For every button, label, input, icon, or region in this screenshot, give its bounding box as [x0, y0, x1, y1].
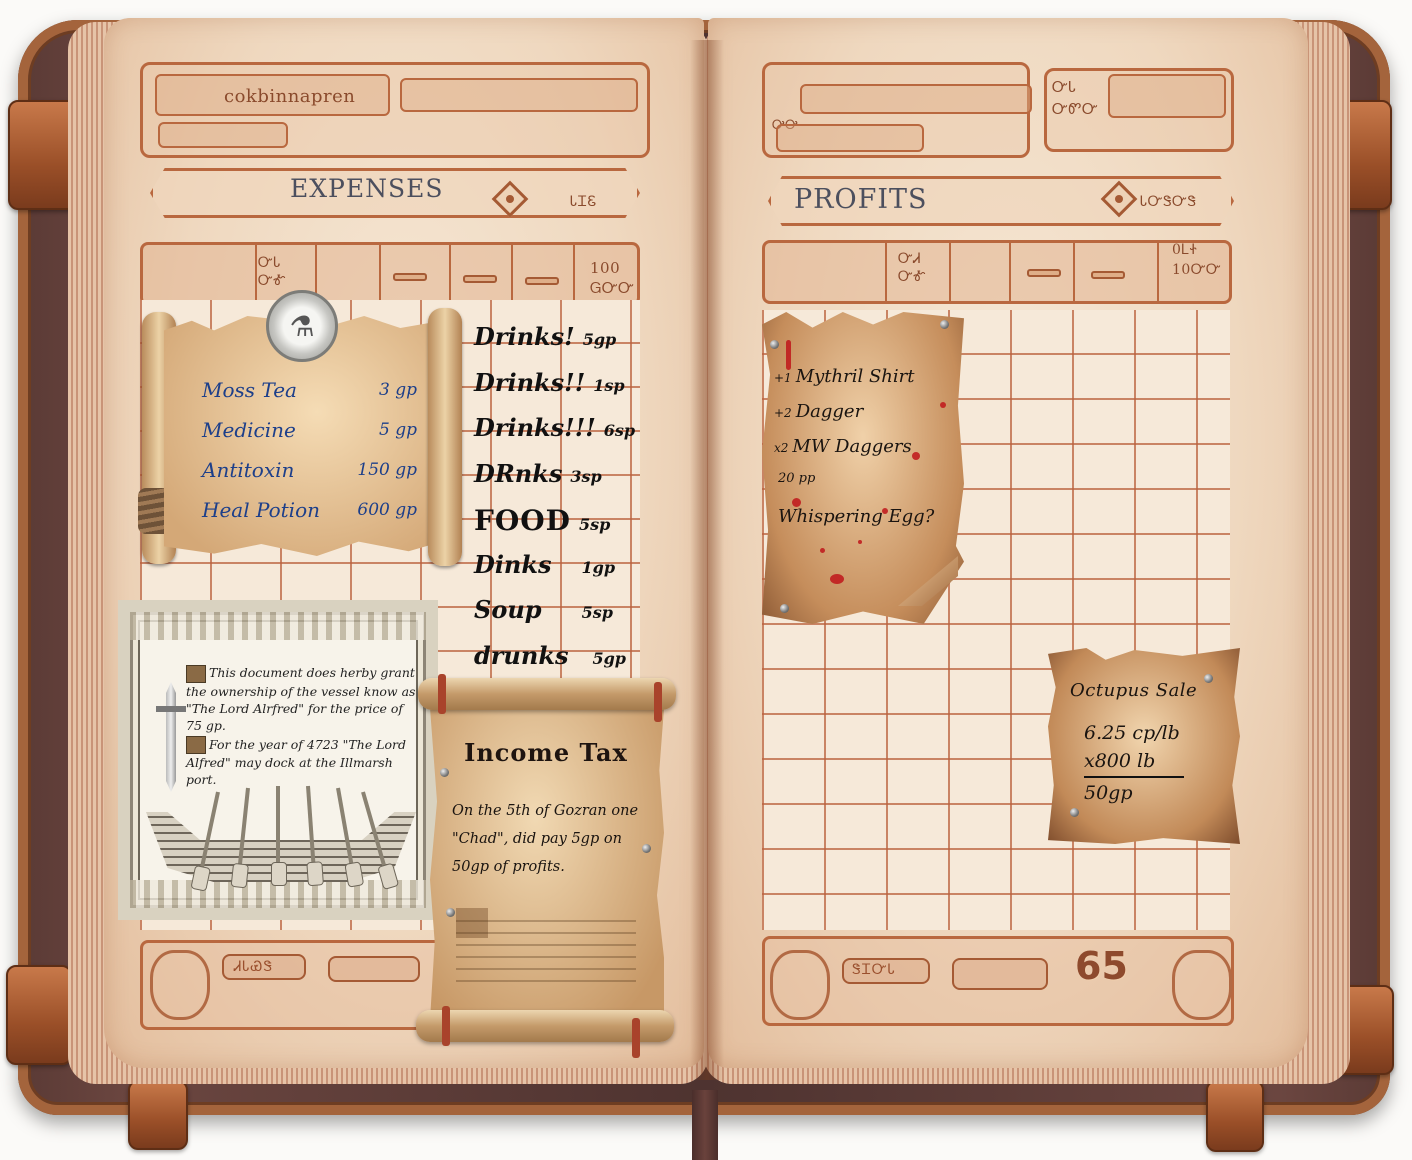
- receipt-item-name: Moss Tea: [202, 378, 297, 402]
- list-item: Whispering Egg?: [774, 506, 964, 541]
- deed-text: This document does herby grant the owner…: [186, 664, 422, 790]
- scroll-tie: [632, 1018, 640, 1058]
- loot-items: +1Mythril Shirt +2Dagger x2MW Daggers 20…: [774, 366, 964, 541]
- alchemy-seal-icon: ⚗: [266, 290, 338, 362]
- tab-item-name: FOOD: [474, 504, 571, 537]
- bookmark-ribbon: [692, 1090, 718, 1160]
- scroll-tie: [438, 674, 446, 714]
- pin-icon: [780, 604, 789, 613]
- octopus-sale-title: Octupus Sale: [1070, 680, 1197, 701]
- left-footer-rune-text: ᏗᏓᏯᏕ: [234, 959, 273, 975]
- loot-item: 20 pp: [778, 471, 815, 486]
- receipt-item-name: Heal Potion: [202, 498, 320, 522]
- deed-paragraph-1: This document does herby grant the owner…: [186, 665, 415, 733]
- left-header-field-2[interactable]: [158, 122, 288, 148]
- scroll-tie: [442, 1006, 450, 1046]
- column-slot-icon: [525, 277, 559, 285]
- column-slot-icon: [463, 275, 497, 283]
- list-item: DRnks3sp: [474, 459, 644, 505]
- profits-banner-badge: ᏓᏅᏕᏅᏕ: [1140, 194, 1197, 210]
- book-gutter: [690, 40, 724, 1080]
- loot-item: Dagger: [796, 401, 863, 422]
- deed-top-ornament: [130, 612, 426, 640]
- loot-item: Mythril Shirt: [796, 366, 915, 387]
- pin-icon: [770, 340, 779, 349]
- receipt-item-name: Antitoxin: [202, 458, 294, 482]
- loot-qty: +2: [774, 406, 792, 420]
- tab-item-name: drunks: [474, 641, 568, 670]
- illuminated-capital-icon: [186, 736, 206, 754]
- strap-bottom-right-tab: [1206, 1080, 1264, 1152]
- right-header-field-1[interactable]: [800, 84, 1032, 114]
- tab-item-cost: 5gp: [583, 330, 617, 349]
- deed-paragraph-2: For the year of 4723 "The Lord Alfred" m…: [186, 737, 406, 788]
- income-tax-title: Income Tax: [446, 738, 646, 767]
- list-item: Drinks!!!6sp: [474, 413, 644, 459]
- oar-icon: [306, 786, 316, 876]
- right-footer-rune-text: ᏕᏆᏅᏓ: [852, 962, 896, 978]
- tab-item-cost: 5gp: [592, 649, 626, 668]
- pin-icon: [940, 320, 949, 329]
- left-header-field-3[interactable]: [400, 78, 638, 112]
- list-item: +2Dagger: [774, 401, 964, 436]
- loot-qty: x2: [774, 441, 788, 455]
- left-column-header-label: ᏅᏓ ᏅᎹ: [258, 254, 288, 290]
- receipt-item-price: 150 gp: [357, 460, 417, 480]
- tab-item-name: DRnks: [474, 459, 562, 488]
- column-slot-icon: [393, 273, 427, 281]
- tab-item-cost: 1sp: [593, 376, 624, 395]
- scroll-tie: [654, 682, 662, 722]
- list-item: Drinks!5gp: [474, 322, 644, 368]
- scroll-roller-top: [418, 678, 676, 710]
- left-header-engraved-text: cokbinnapren: [224, 86, 355, 107]
- right-header-side-field[interactable]: [1108, 74, 1226, 118]
- sum-rule: [1084, 776, 1184, 778]
- loot-item: Whispering Egg?: [778, 506, 934, 527]
- expenses-title: EXPENSES: [290, 174, 444, 203]
- receipt-row: Moss Tea 3 gp: [202, 370, 417, 410]
- receipt-item-price: 600 gp: [357, 500, 417, 520]
- pin-icon: [446, 908, 455, 917]
- receipt-item-price: 5 gp: [379, 420, 417, 440]
- tab-item-cost: 6sp: [604, 421, 635, 440]
- list-item: +1Mythril Shirt: [774, 366, 964, 401]
- tab-item-cost: 1gp: [582, 558, 616, 577]
- loot-qty: +1: [774, 371, 792, 385]
- list-item: Soup5sp: [474, 595, 644, 641]
- right-column-header-label: ᏅᏗ ᏅᎹ: [898, 250, 928, 286]
- tab-item-name: Drinks!!: [474, 368, 585, 397]
- left-column-header-total: 100 ᏀᏅᏅ: [590, 258, 630, 298]
- tab-item-name: Drinks!: [474, 322, 575, 351]
- strap-bottom-left-tab: [128, 1080, 188, 1150]
- loot-note: +1Mythril Shirt +2Dagger x2MW Daggers 20…: [762, 312, 964, 624]
- list-item: FOOD5sp: [474, 504, 644, 550]
- page-number: 65: [1075, 944, 1128, 988]
- right-footer-ornament-left-icon: [770, 950, 830, 1020]
- receipt-row: Heal Potion 600 gp: [202, 490, 417, 530]
- right-column-header-total: 0ᏞᏐ 10ᏅᏅ: [1172, 240, 1222, 280]
- oar-icon: [276, 786, 280, 876]
- right-header-field-2[interactable]: [776, 124, 924, 152]
- income-tax-scroll: Income Tax On the 5th of Gozran one "Cha…: [416, 672, 678, 1064]
- blood-splatter: [830, 574, 844, 584]
- tab-item-name: Soup: [474, 595, 542, 624]
- tavern-tab-list: Drinks!5gp Drinks!!1sp Drinks!!!6sp DRnk…: [474, 322, 644, 686]
- profits-title: PROFITS: [794, 184, 928, 215]
- illuminated-capital-icon: [186, 665, 206, 683]
- list-item: Drinks!!1sp: [474, 368, 644, 414]
- list-item: 20 pp: [774, 471, 964, 506]
- receipt-item-price: 3 gp: [379, 380, 417, 400]
- blood-splatter: [820, 548, 825, 553]
- tab-item-name: Drinks!!!: [474, 413, 596, 442]
- right-footer-ornament-right-icon: [1172, 950, 1232, 1020]
- right-column-header-row: [762, 240, 1232, 304]
- octopus-sale-quantity: x800 lb: [1084, 750, 1155, 772]
- scroll-roller-right: [428, 308, 462, 566]
- receipt-row: Medicine 5 gp: [202, 410, 417, 450]
- tab-item-name: Dinks: [474, 550, 552, 579]
- octopus-sale-rate: 6.25 cp/lb: [1084, 722, 1180, 744]
- faded-script-lines: [456, 912, 636, 992]
- right-header-engraved-text: ᏅᏓ ᏅᏛᏅ: [1052, 76, 1102, 120]
- tab-item-cost: 3sp: [570, 467, 601, 486]
- left-footer-empty-box: [328, 956, 420, 982]
- pin-icon: [1204, 674, 1213, 683]
- pin-icon: [440, 768, 449, 777]
- tab-item-cost: 5sp: [579, 515, 610, 534]
- left-footer-ornament-icon: [150, 950, 210, 1020]
- receipt-items: Moss Tea 3 gp Medicine 5 gp Antitoxin 15…: [202, 370, 417, 530]
- ship-deed-document: This document does herby grant the owner…: [118, 600, 438, 920]
- list-item: x2MW Daggers: [774, 436, 964, 471]
- alchemist-receipt-scroll: ⚗ Moss Tea 3 gp Medicine 5 gp Antitoxin …: [138, 308, 468, 572]
- sword-guard: [156, 706, 186, 712]
- pin-icon: [1070, 808, 1079, 817]
- loot-item: MW Daggers: [792, 436, 911, 457]
- receipt-row: Antitoxin 150 gp: [202, 450, 417, 490]
- left-column-header-row: [140, 242, 640, 306]
- tab-item-cost: 5sp: [582, 603, 613, 622]
- income-tax-body: On the 5th of Gozran one "Chad", did pay…: [452, 797, 662, 881]
- list-item: Dinks1gp: [474, 550, 644, 596]
- longship-illustration-icon: [146, 792, 416, 892]
- right-footer-empty-box: [952, 958, 1048, 990]
- column-slot-icon: [1091, 271, 1125, 279]
- sword-icon: [166, 682, 176, 792]
- octopus-sale-note: Octupus Sale 6.25 cp/lb x800 lb 50gp: [1048, 648, 1240, 844]
- strap-bottom-left: [6, 965, 72, 1065]
- column-slot-icon: [1027, 269, 1061, 277]
- octopus-sale-total: 50gp: [1084, 782, 1133, 804]
- receipt-item-name: Medicine: [202, 418, 296, 442]
- expenses-banner-badge: ᏓᏆᏋ: [570, 194, 597, 210]
